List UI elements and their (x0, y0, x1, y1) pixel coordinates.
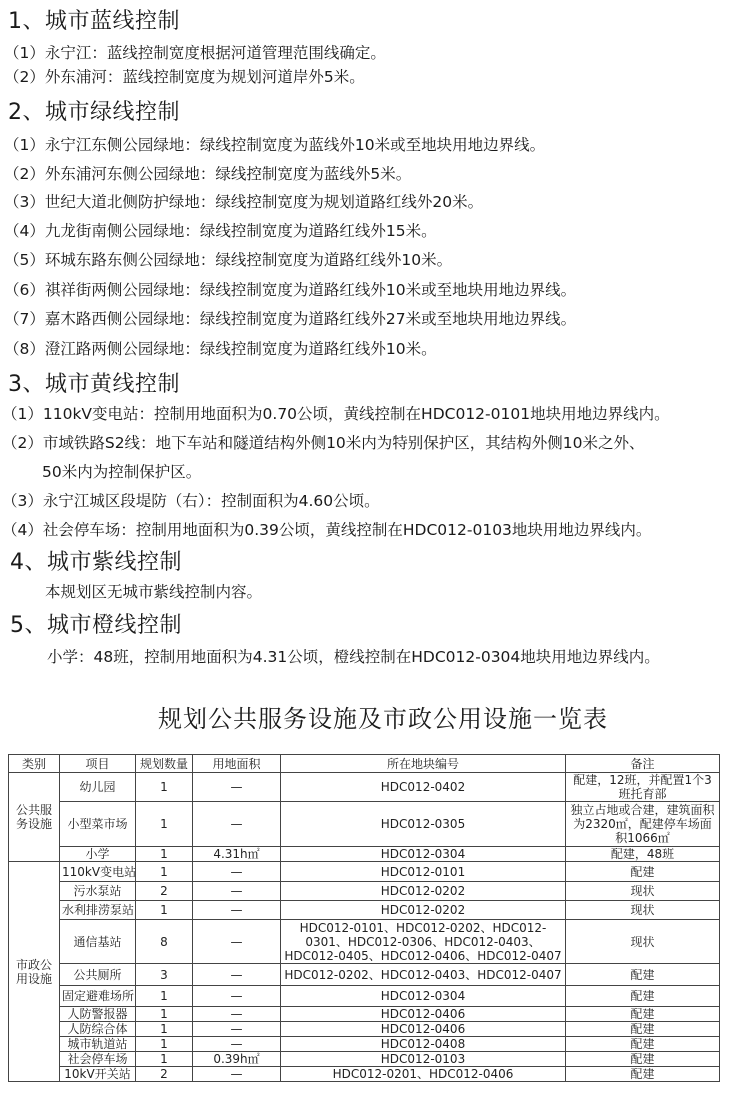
note-cell: 现状 (566, 882, 720, 901)
area-cell: — (193, 986, 281, 1007)
item-cell: 社会停车场 (60, 1052, 136, 1067)
section-heading-green-line: 2、城市绿线控制 (8, 100, 180, 126)
plot-cell: HDC012-0406 (281, 1022, 566, 1037)
table-row: 社会停车场 1 0.39h㎡ HDC012-0103 配建 (9, 1052, 720, 1067)
section-item: （1）永宁江：蓝线控制宽度根据河道管理范围线确定。 (4, 43, 386, 63)
qty-cell: 1 (136, 1037, 193, 1052)
area-cell: — (193, 862, 281, 882)
section-item: （2）外东浦河：蓝线控制宽度为规划河道岸外5米。 (4, 67, 365, 87)
item-cell: 公共厕所 (60, 964, 136, 986)
table-row: 水利排涝泵站 1 — HDC012-0202 现状 (9, 901, 720, 920)
item-cell: 幼儿园 (60, 773, 136, 802)
note-cell: 配建 (566, 964, 720, 986)
area-cell: — (193, 802, 281, 847)
area-cell: — (193, 1067, 281, 1082)
qty-cell: 1 (136, 1022, 193, 1037)
note-cell: 现状 (566, 901, 720, 920)
item-cell: 小型菜市场 (60, 802, 136, 847)
section-item: （6）祺祥街两侧公园绿地：绿线控制宽度为道路红线外10米或至地块用地边界线。 (4, 280, 576, 300)
table-row: 公共厕所 3 — HDC012-0202、HDC012-0403、HDC012-… (9, 964, 720, 986)
area-cell: — (193, 773, 281, 802)
section-item: （4）社会停车场：控制用地面积为0.39公顷，黄线控制在HDC012-0103地… (2, 520, 651, 540)
plot-cell: HDC012-0406 (281, 1007, 566, 1022)
header-area: 用地面积 (193, 755, 281, 773)
note-cell: 配建 (566, 1052, 720, 1067)
category-cell: 公共服务设施 (9, 773, 60, 862)
plot-cell: HDC012-0305 (281, 802, 566, 847)
section-item: 本规划区无城市紫线控制内容。 (45, 582, 262, 602)
table-title: 规划公共服务设施及市政公用设施一览表 (0, 704, 740, 734)
qty-cell: 1 (136, 773, 193, 802)
table-row: 小学 1 4.31h㎡ HDC012-0304 配建，48班 (9, 847, 720, 862)
section-item: 小学：48班，控制用地面积为4.31公顷，橙线控制在HDC012-0304地块用… (47, 647, 660, 667)
qty-cell: 2 (136, 1067, 193, 1082)
table-row: 固定避难场所 1 — HDC012-0304 配建 (9, 986, 720, 1007)
plot-cell: HDC012-0101 (281, 862, 566, 882)
section-item-continuation: 50米内为控制保护区。 (42, 462, 201, 482)
section-item: （2）外东浦河东侧公园绿地：绿线控制宽度为蓝线外5米。 (4, 164, 411, 184)
plot-cell: HDC012-0304 (281, 986, 566, 1007)
category-cell: 市政公用设施 (9, 862, 60, 1082)
table-row: 公共服务设施 幼儿园 1 — HDC012-0402 配建，12班，并配置1个3… (9, 773, 720, 802)
item-cell: 人防综合体 (60, 1022, 136, 1037)
header-note: 备注 (566, 755, 720, 773)
header-plot: 所在地块编号 (281, 755, 566, 773)
area-cell: — (193, 901, 281, 920)
table-header-row: 类别 项目 规划数量 用地面积 所在地块编号 备注 (9, 755, 720, 773)
plot-cell: HDC012-0103 (281, 1052, 566, 1067)
qty-cell: 1 (136, 862, 193, 882)
qty-cell: 1 (136, 901, 193, 920)
area-cell: 0.39h㎡ (193, 1052, 281, 1067)
item-cell: 10kV开关站 (60, 1067, 136, 1082)
section-item: （4）九龙街南侧公园绿地：绿线控制宽度为道路红线外15米。 (4, 221, 437, 241)
plot-cell: HDC012-0304 (281, 847, 566, 862)
note-cell: 独立占地或合建，建筑面积为2320㎡，配建停车场面积1066㎡ (566, 802, 720, 847)
item-cell: 通信基站 (60, 920, 136, 964)
section-heading-orange-line: 5、城市橙线控制 (10, 613, 182, 639)
header-item: 项目 (60, 755, 136, 773)
plot-cell: HDC012-0202 (281, 901, 566, 920)
item-cell: 110kV变电站 (60, 862, 136, 882)
plot-cell: HDC012-0101、HDC012-0202、HDC012-0301、HDC0… (281, 920, 566, 964)
plot-cell: HDC012-0408 (281, 1037, 566, 1052)
area-cell: — (193, 964, 281, 986)
area-cell: — (193, 1037, 281, 1052)
table-row: 污水泵站 2 — HDC012-0202 现状 (9, 882, 720, 901)
area-cell: — (193, 1022, 281, 1037)
section-heading-yellow-line: 3、城市黄线控制 (8, 372, 180, 398)
plot-cell: HDC012-0202 (281, 882, 566, 901)
section-item: （2）市域铁路S2线：地下车站和隧道结构外侧10米内为特别保护区，其结构外侧10… (2, 433, 645, 453)
note-cell: 配建 (566, 986, 720, 1007)
note-cell: 配建 (566, 1037, 720, 1052)
section-item: （8）澄江路两侧公园绿地：绿线控制宽度为道路红线外10米。 (4, 339, 437, 359)
area-cell: 4.31h㎡ (193, 847, 281, 862)
qty-cell: 1 (136, 847, 193, 862)
note-cell: 配建 (566, 1067, 720, 1082)
section-heading-purple-line: 4、城市紫线控制 (10, 550, 182, 576)
area-cell: — (193, 882, 281, 901)
table-row: 人防警报器 1 — HDC012-0406 配建 (9, 1007, 720, 1022)
table-row: 人防综合体 1 — HDC012-0406 配建 (9, 1022, 720, 1037)
plot-cell: HDC012-0201、HDC012-0406 (281, 1067, 566, 1082)
item-cell: 固定避难场所 (60, 986, 136, 1007)
table-row: 小型菜市场 1 — HDC012-0305 独立占地或合建，建筑面积为2320㎡… (9, 802, 720, 847)
facilities-table: 类别 项目 规划数量 用地面积 所在地块编号 备注 公共服务设施 幼儿园 1 —… (8, 754, 720, 1082)
note-cell: 配建，12班，并配置1个3班托育部 (566, 773, 720, 802)
note-cell: 配建，48班 (566, 847, 720, 862)
table-row: 城市轨道站 1 — HDC012-0408 配建 (9, 1037, 720, 1052)
qty-cell: 8 (136, 920, 193, 964)
item-cell: 人防警报器 (60, 1007, 136, 1022)
plot-cell: HDC012-0402 (281, 773, 566, 802)
qty-cell: 2 (136, 882, 193, 901)
qty-cell: 3 (136, 964, 193, 986)
section-item: （3）永宁江城区段堤防（右）：控制面积为4.60公顷。 (2, 491, 380, 511)
area-cell: — (193, 1007, 281, 1022)
section-item: （3）世纪大道北侧防护绿地：绿线控制宽度为规划道路红线外20米。 (4, 192, 483, 212)
qty-cell: 1 (136, 802, 193, 847)
section-item: （1）110kV变电站：控制用地面积为0.70公顷，黄线控制在HDC012-01… (2, 404, 670, 424)
table-row: 市政公用设施 110kV变电站 1 — HDC012-0101 配建 (9, 862, 720, 882)
qty-cell: 1 (136, 1007, 193, 1022)
note-cell: 现状 (566, 920, 720, 964)
section-heading-blue-line: 1、城市蓝线控制 (8, 9, 180, 35)
item-cell: 水利排涝泵站 (60, 901, 136, 920)
note-cell: 配建 (566, 862, 720, 882)
table-row: 通信基站 8 — HDC012-0101、HDC012-0202、HDC012-… (9, 920, 720, 964)
section-item: （7）嘉木路西侧公园绿地：绿线控制宽度为道路红线外27米或至地块用地边界线。 (4, 309, 576, 329)
header-category: 类别 (9, 755, 60, 773)
item-cell: 城市轨道站 (60, 1037, 136, 1052)
table-row: 10kV开关站 2 — HDC012-0201、HDC012-0406 配建 (9, 1067, 720, 1082)
section-item: （5）环城东路东侧公园绿地：绿线控制宽度为道路红线外10米。 (4, 250, 452, 270)
qty-cell: 1 (136, 1052, 193, 1067)
header-quantity: 规划数量 (136, 755, 193, 773)
item-cell: 污水泵站 (60, 882, 136, 901)
section-item: （1）永宁江东侧公园绿地：绿线控制宽度为蓝线外10米或至地块用地边界线。 (4, 135, 545, 155)
item-cell: 小学 (60, 847, 136, 862)
qty-cell: 1 (136, 986, 193, 1007)
area-cell: — (193, 920, 281, 964)
plot-cell: HDC012-0202、HDC012-0403、HDC012-0407 (281, 964, 566, 986)
note-cell: 配建 (566, 1022, 720, 1037)
note-cell: 配建 (566, 1007, 720, 1022)
